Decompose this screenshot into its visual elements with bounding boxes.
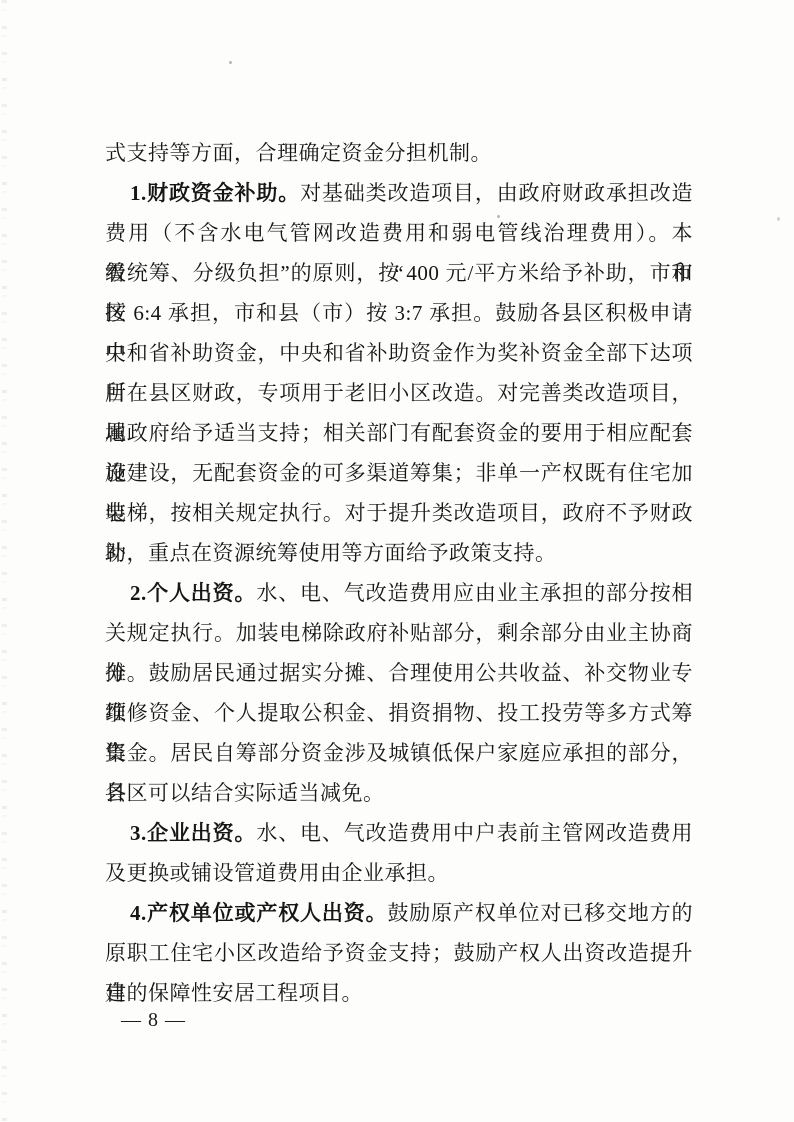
text-line: 县区可以结合实际适当减免。 bbox=[105, 773, 693, 813]
text-segment: 助，重点在资源统筹使用等方面给予政策支持。 bbox=[105, 541, 557, 565]
text-line: 摊。鼓励居民通过据实分摊、合理使用公共收益、补交物业专项 bbox=[105, 653, 693, 693]
text-line: 电梯，按相关规定执行。对于提升类改造项目，政府不予财政补 bbox=[105, 493, 693, 533]
text-line: 关规定执行。加装电梯除政府补贴部分，剩余部分由业主协商分 bbox=[105, 613, 693, 653]
text-segment: 建的保障性安居工程项目。 bbox=[105, 981, 363, 1005]
document-body: 式支持等方面，合理确定资金分担机制。1.财政资金补助。对基础类改造项目，由政府财… bbox=[105, 133, 693, 1013]
text-line: 3.企业出资。水、电、气改造费用中户表前主管网改造费用 bbox=[105, 813, 693, 853]
document-page: 式支持等方面，合理确定资金分担机制。1.财政资金补助。对基础类改造项目，由政府财… bbox=[0, 0, 794, 1122]
text-segment: 水、电、气改造费用应由业主承担的部分按相 bbox=[256, 581, 693, 605]
text-line: 费用（不含水电气管网改造费用和弱电管线治理费用）。本着“市 bbox=[105, 213, 693, 253]
text-segment: 及更换或铺设管道费用由企业承担。 bbox=[105, 861, 449, 885]
paragraph-lead: 4.产权单位或产权人出资。 bbox=[130, 901, 387, 925]
text-segment: 对基础类改造项目，由政府财政承担改造 bbox=[300, 181, 693, 205]
text-line: 原职工住宅小区改造给予资金支持；鼓励产权人出资改造提升自 bbox=[105, 933, 693, 973]
text-line: 施建设，无配套资金的可多渠道筹集；非单一产权既有住宅加装 bbox=[105, 453, 693, 493]
text-line: 助，重点在资源统筹使用等方面给予政策支持。 bbox=[105, 533, 693, 573]
paragraph-lead: 1.财政资金补助。 bbox=[130, 181, 300, 205]
scan-speck bbox=[777, 217, 780, 221]
text-line: 级统筹、分级负担”的原则，按 400 元/平方米给予补助，市和区 bbox=[105, 253, 693, 293]
text-line: 4.产权单位或产权人出资。鼓励原产权单位对已移交地方的 bbox=[105, 893, 693, 933]
paragraph-lead: 3.企业出资。 bbox=[130, 821, 256, 845]
text-segment: 县区可以结合实际适当减免。 bbox=[105, 781, 385, 805]
text-line: 地政府给予适当支持；相关部门有配套资金的要用于相应配套设 bbox=[105, 413, 693, 453]
text-segment: 式支持等方面，合理确定资金分担机制。 bbox=[105, 141, 492, 165]
text-line: 建的保障性安居工程项目。 bbox=[105, 973, 693, 1013]
text-line: 1.财政资金补助。对基础类改造项目，由政府财政承担改造 bbox=[105, 173, 693, 213]
text-line: 及更换或铺设管道费用由企业承担。 bbox=[105, 853, 693, 893]
text-line: 资金。居民自筹部分资金涉及城镇低保户家庭应承担的部分，各 bbox=[105, 733, 693, 773]
text-line: 维修资金、个人提取公积金、捐资捐物、投工投劳等多方式筹集 bbox=[105, 693, 693, 733]
text-line: 按 6:4 承担，市和县（市）按 3:7 承担。鼓励各县区积极申请中 bbox=[105, 293, 693, 333]
text-segment: 水、电、气改造费用中户表前主管网改造费用 bbox=[256, 821, 693, 845]
paragraph-lead: 2.个人出资。 bbox=[130, 581, 256, 605]
page-number: — 8 — bbox=[121, 1006, 186, 1034]
text-segment: 鼓励原产权单位对已移交地方的 bbox=[387, 901, 693, 925]
scan-edge-artifact bbox=[2, 0, 7, 1122]
text-line: 央和省补助资金，中央和省补助资金作为奖补资金全部下达项目 bbox=[105, 333, 693, 373]
text-line: 所在县区财政，专项用于老旧小区改造。对完善类改造项目，属 bbox=[105, 373, 693, 413]
scan-speck bbox=[229, 61, 232, 64]
text-line: 式支持等方面，合理确定资金分担机制。 bbox=[105, 133, 693, 173]
text-line: 2.个人出资。水、电、气改造费用应由业主承担的部分按相 bbox=[105, 573, 693, 613]
